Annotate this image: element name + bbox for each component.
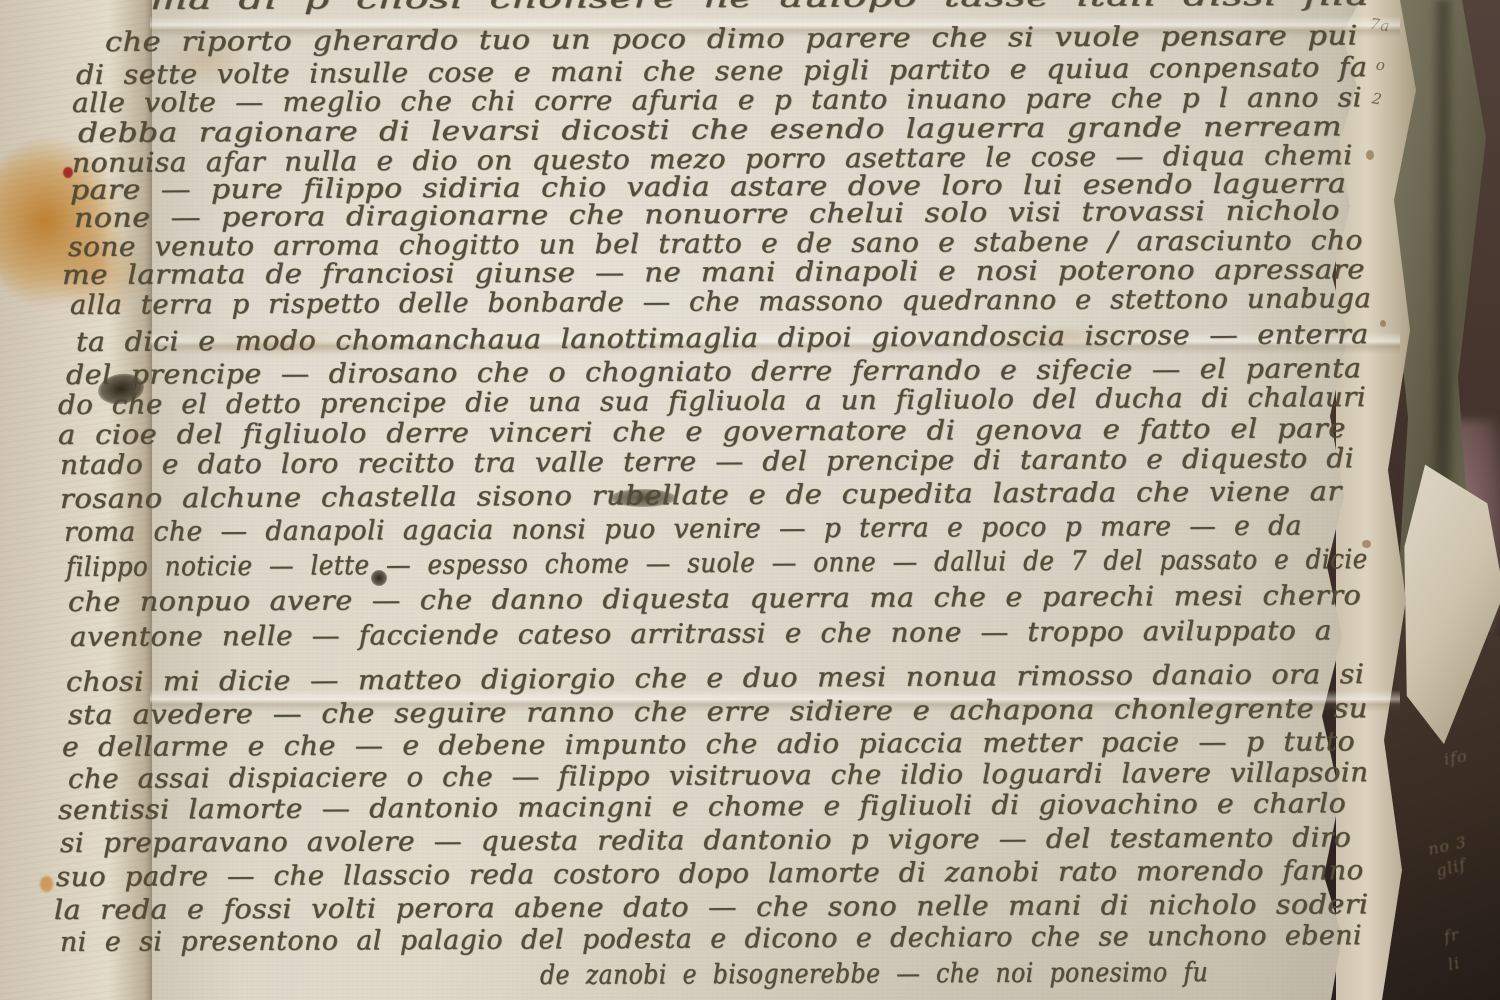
manuscript-line: ni e si presentono al palagio del podest…: [60, 921, 1362, 958]
manuscript-line: filippo noticie — lette — espesso chome …: [66, 545, 1368, 583]
manuscript-line: alla terra p rispetto delle bonbarde — c…: [70, 284, 1371, 321]
manuscript-line: aventone nelle — facciende cateso arritr…: [70, 616, 1332, 652]
manuscript-line: che riporto gherardo tuo un poco dimo pa…: [105, 21, 1358, 57]
manuscript-line: chosi mi dicie — matteo digiorgio che e …: [66, 660, 1365, 698]
handwritten-text-block: ma di p chosi chonsere ne aulopo tasse i…: [0, 0, 1500, 1000]
manuscript-line: che nonpuo avere — che danno diquesta qu…: [68, 581, 1361, 617]
manuscript-line: si preparavano avolere — questa redita d…: [60, 823, 1351, 858]
manuscript-line: ma di p chosi chonsere ne aulopo tasse i…: [150, 0, 1370, 16]
manuscript-line: sta avedere — che seguire ranno che erre…: [68, 694, 1368, 730]
manuscript-line: rosano alchune chastella sisono rubellat…: [60, 477, 1342, 515]
manuscript-photo: ifono 3gliffrli 7ao2 ma di p chosi chons…: [0, 0, 1500, 1000]
manuscript-line: ta dici e modo chomanchaua lanottimaglia…: [76, 320, 1369, 358]
manuscript-line: sentissi lamorte — dantonio macingni e c…: [58, 789, 1346, 825]
manuscript-line: suo padre — che llasscio reda costoro do…: [56, 856, 1364, 893]
manuscript-line: de zanobi e bisognerebbe — che noi pones…: [540, 958, 1208, 991]
manuscript-line: ntado e dato loro recitto tra valle terr…: [60, 444, 1354, 480]
manuscript-line: roma che — danapoli agacia nonsi puo ven…: [64, 512, 1302, 548]
